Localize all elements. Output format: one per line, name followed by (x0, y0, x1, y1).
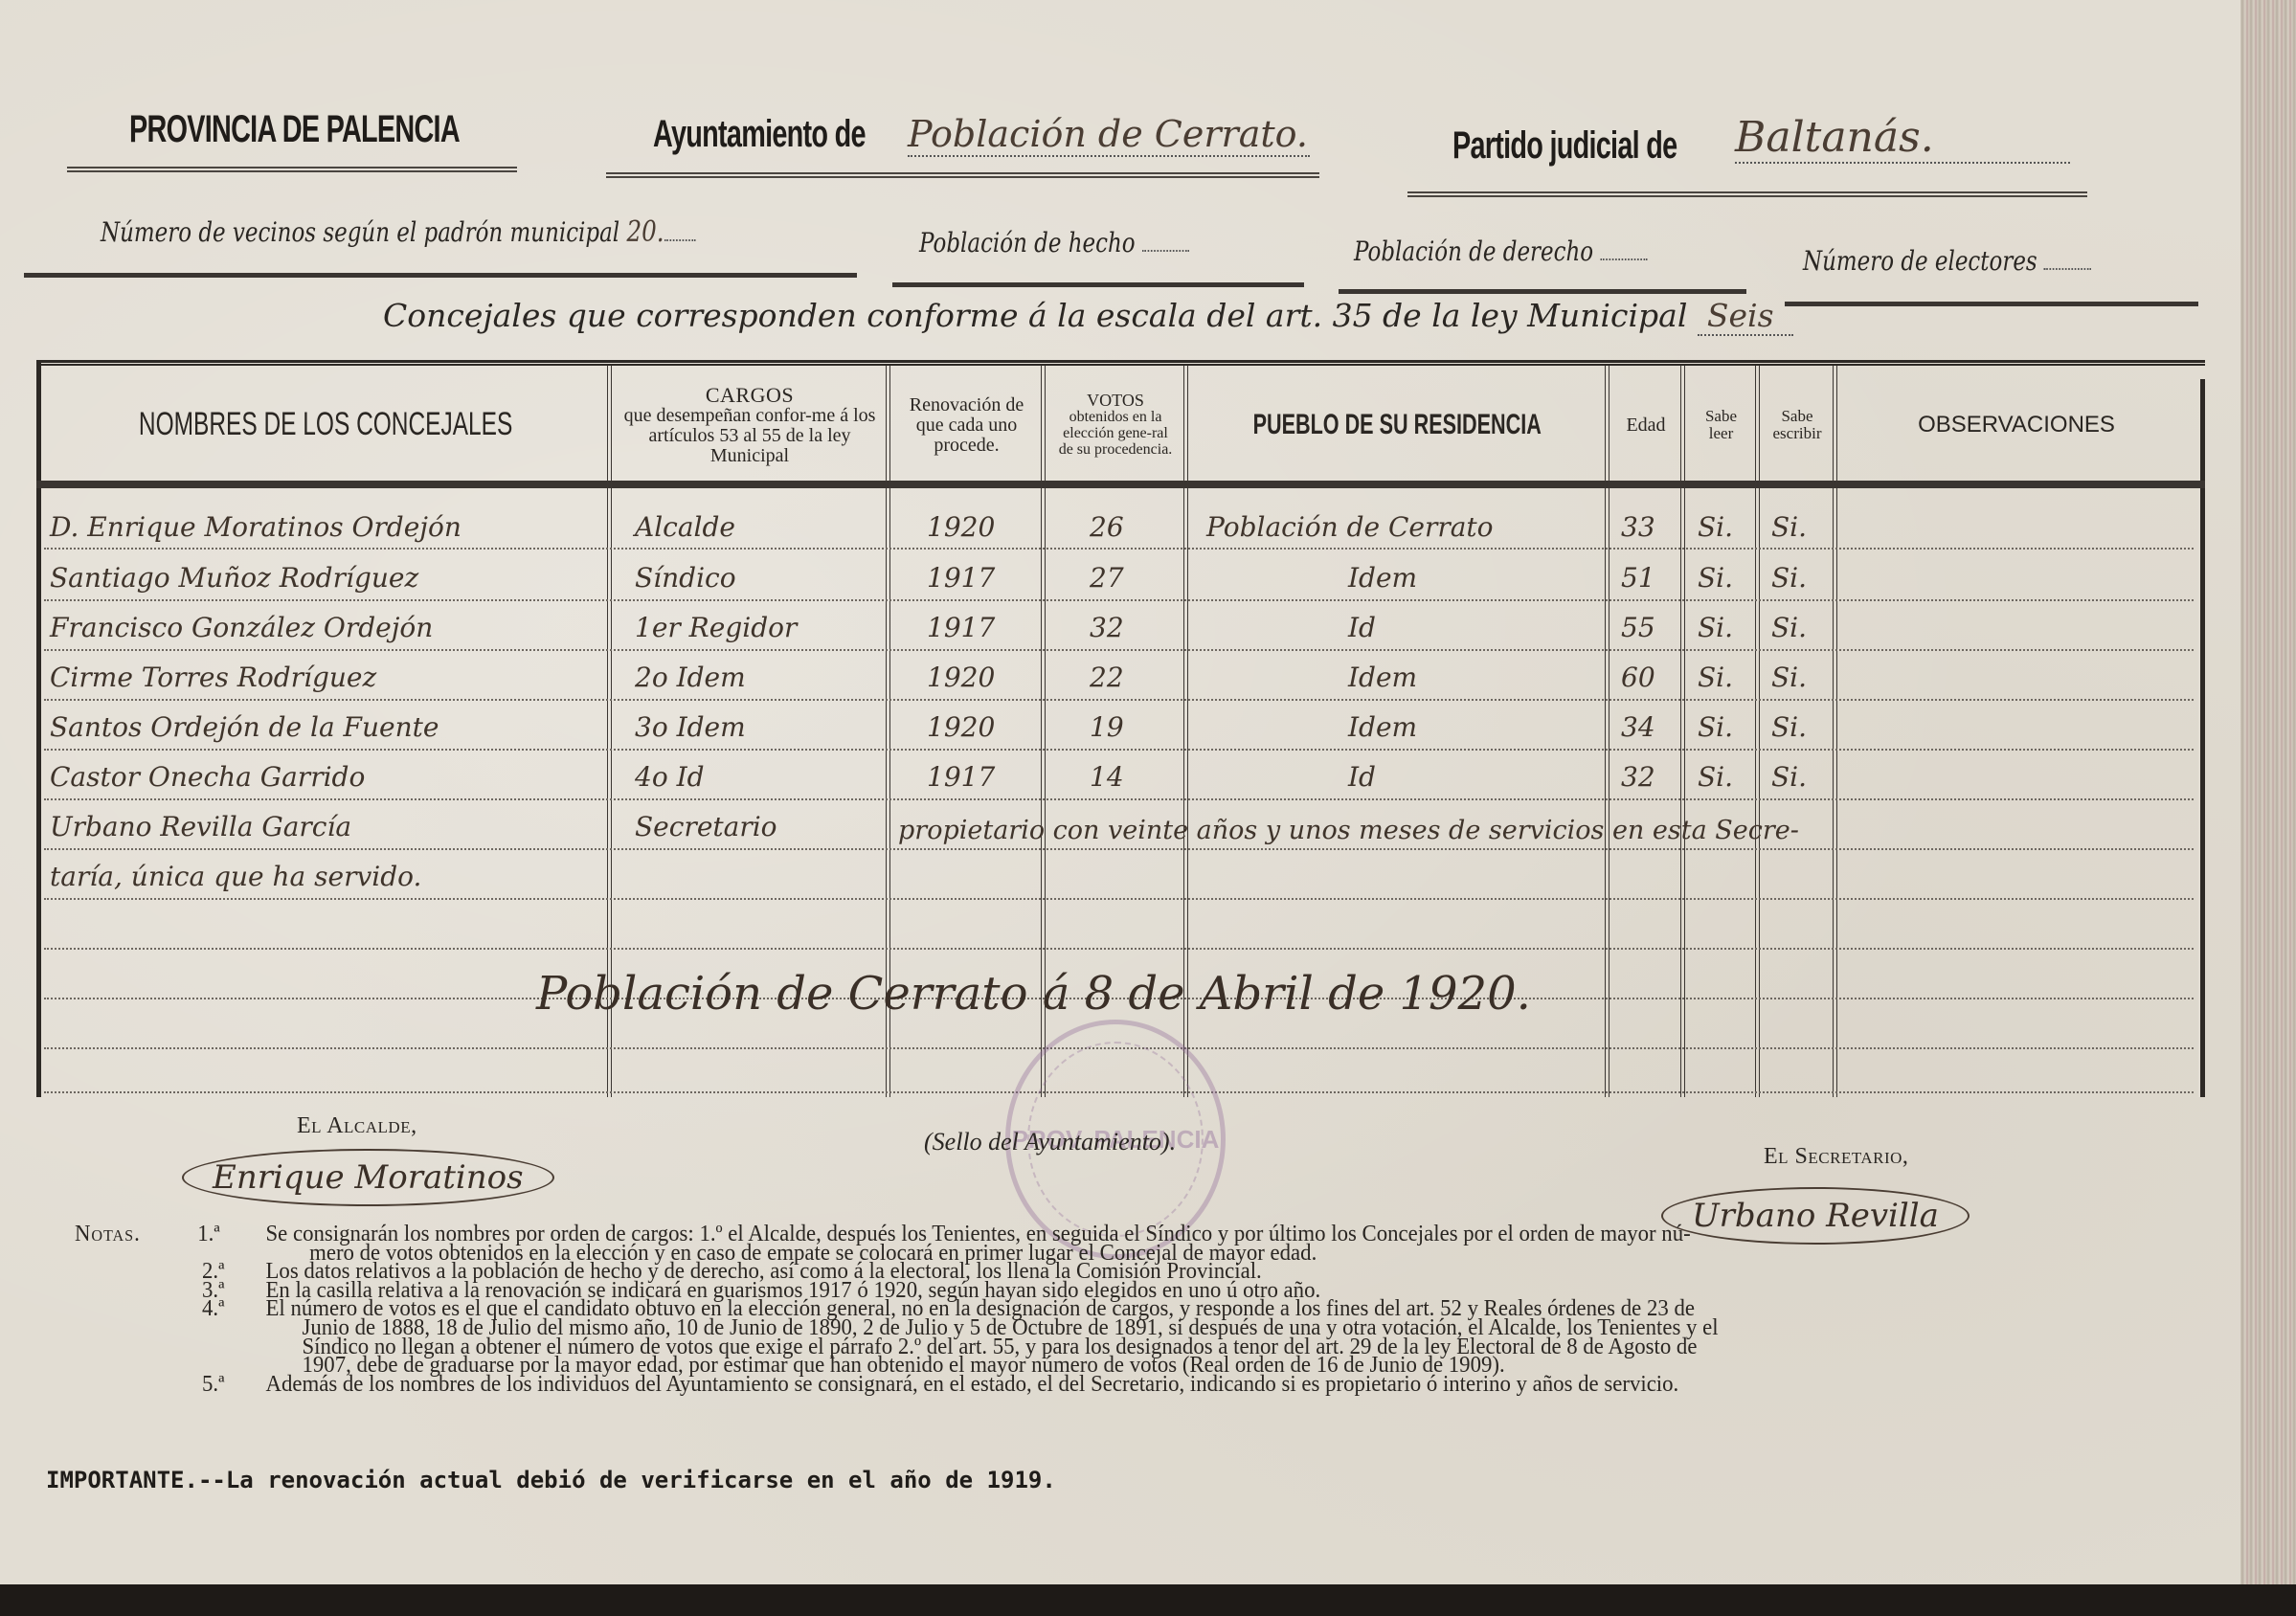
row-rule (44, 948, 2194, 950)
header-sabe-escribir: Sabe escribir (1762, 371, 1833, 479)
cell-leer: Si. (1698, 662, 1733, 693)
cell-escribir: Si. (1771, 612, 1807, 643)
cell-nombre: Francisco González Ordejón (50, 612, 433, 643)
notes-label: Notas. (75, 1225, 141, 1245)
row-rule (44, 848, 2194, 850)
table-left-border (36, 360, 41, 1097)
field-rule (1339, 289, 1746, 294)
sello-label: (Sello del Ayuntamiento). (924, 1128, 1176, 1156)
alcalde-signature: Enrique Moratinos (182, 1149, 554, 1206)
field-rule (1785, 302, 2198, 306)
cell-votos: 27 (1090, 562, 1124, 594)
header-observaciones-text: OBSERVACIONES (1918, 413, 2115, 437)
field-rule (892, 282, 1304, 287)
importante-notice: IMPORTANTE.--La renovación actual debió … (46, 1467, 1056, 1493)
header-edad: Edad (1611, 371, 1680, 479)
cell-escribir: Si. (1771, 662, 1807, 693)
note-text: Además de los nombres de los individuos … (266, 1372, 1679, 1397)
table-top-border (36, 360, 2205, 366)
row-rule (44, 699, 2194, 701)
header-votos: VOTOS obtenidos en la elección gene-ral … (1047, 371, 1183, 479)
provincia-title: PROVINCIA DE PALENCIA (129, 108, 460, 151)
header-votos-title: VOTOS (1087, 392, 1144, 410)
cell-votos: 19 (1090, 711, 1124, 743)
ayuntamiento-label: Ayuntamiento de (653, 113, 866, 156)
book-page-edges (2240, 0, 2296, 1616)
cell-escribir: Si. (1771, 511, 1807, 543)
electores-field: Número de electores (1803, 245, 2091, 277)
concejales-line: Concejales que corresponden conforme á l… (383, 297, 1793, 334)
cell-edad: 32 (1621, 761, 1655, 793)
header-pueblo: PUEBLO DE SU RESIDENCIA (1190, 371, 1605, 479)
column-divider (1605, 366, 1609, 1097)
field-rule (24, 273, 857, 278)
row-rule (44, 599, 2194, 601)
vecinos-value: 20. (626, 215, 664, 249)
note-number: 4.ª (202, 1300, 224, 1319)
cell-leer: Si. (1698, 711, 1733, 743)
cell-nombre: Cirme Torres Rodríguez (50, 662, 376, 693)
cell-edad: 34 (1621, 711, 1655, 743)
header-nombres-text: NOMBRES DE LOS CONCEJALES (139, 408, 512, 442)
poblacion-derecho-field: Población de derecho (1354, 236, 1648, 267)
cell-renovacion: 1917 (927, 612, 995, 643)
cell-cargo: 3o Idem (635, 711, 746, 743)
alcalde-title: El Alcalde, (297, 1113, 417, 1139)
cell-renovacion: 1917 (927, 562, 995, 594)
note-item: 5.ª Además de los nombres de los individ… (75, 1376, 2076, 1395)
concejales-label: Concejales que corresponden conforme á l… (383, 297, 1687, 334)
cell-renovacion: 1920 (927, 511, 995, 543)
row-rule (44, 548, 2194, 550)
poblacion-hecho-label: Población de hecho (919, 227, 1136, 258)
header-cargos: CARGOS que desempeñan confor-me á los ar… (614, 371, 886, 479)
header-rule (1407, 191, 2087, 197)
cell-nombre: Santiago Muñoz Rodríguez (50, 562, 418, 594)
cell-leer: Si. (1698, 761, 1733, 793)
cell-nombre: D. Enrique Moratinos Ordejón (50, 511, 461, 543)
cell-escribir: Si. (1771, 761, 1807, 793)
header-pueblo-text: PUEBLO DE SU RESIDENCIA (1253, 410, 1542, 440)
cell-pueblo: Población de Cerrato (1206, 511, 1494, 543)
row-rule (44, 898, 2194, 900)
concejales-value: Seis (1698, 297, 1793, 336)
cell-votos: 26 (1090, 511, 1124, 543)
cell-pueblo: Id (1348, 761, 1376, 793)
notes-section: Notas. 1.ª Se consignarán los nombres po… (75, 1225, 2181, 1394)
partido-label: Partido judicial de (1452, 124, 1677, 168)
cell-votos: 22 (1090, 662, 1124, 693)
header-rule (606, 172, 1319, 178)
cell-pueblo: Idem (1348, 662, 1417, 693)
cell-cargo: Síndico (635, 562, 736, 594)
cell-cargo: 4o Id (635, 761, 705, 793)
header-sabe-escribir-text: Sabe escribir (1768, 408, 1826, 442)
column-divider (1833, 366, 1837, 1097)
cell-renovacion: 1917 (927, 761, 995, 793)
header-votos-sub: obtenidos en la elección gene-ral de su … (1056, 410, 1176, 458)
secretario-note-continuation: taría, única que ha servido. (50, 861, 421, 892)
cell-escribir: Si. (1771, 711, 1807, 743)
table-header-border (36, 481, 2205, 488)
header-cargos-title: CARGOS (706, 384, 794, 406)
cell-nombre: Santos Ordejón de la Fuente (50, 711, 439, 743)
cell-pueblo: Idem (1348, 562, 1417, 594)
cell-renovacion: 1920 (927, 711, 995, 743)
ayuntamiento-value: Población de Cerrato. (908, 113, 1310, 157)
cell-renovacion: 1920 (927, 662, 995, 693)
cell-votos: 14 (1090, 761, 1124, 793)
cell-pueblo: Id (1348, 612, 1376, 643)
header-renovacion: Renovación de que cada uno procede. (892, 371, 1041, 479)
cell-leer: Si. (1698, 612, 1733, 643)
note-number: 1.ª (197, 1225, 219, 1245)
book-shadow (0, 1584, 2296, 1616)
date-line: Población de Cerrato á 8 de Abril de 192… (536, 967, 1531, 1021)
cell-edad: 33 (1621, 511, 1655, 543)
row-rule (44, 649, 2194, 651)
cell-leer: Si. (1698, 562, 1733, 594)
vecinos-label: Número de vecinos según el padrón munici… (101, 216, 619, 248)
cell-edad: 55 (1621, 612, 1655, 643)
cell-secretario-note: propietario con veinte años y unos meses… (898, 816, 1799, 845)
cell-cargo: Secretario (635, 811, 777, 842)
cell-cargo: 2o Idem (635, 662, 746, 693)
cell-votos: 32 (1090, 612, 1124, 643)
cell-edad: 51 (1621, 562, 1655, 594)
poblacion-hecho-field: Población de hecho (919, 227, 1189, 258)
document-page: PROVINCIA DE PALENCIA Ayuntamiento de Po… (0, 0, 2240, 1589)
poblacion-derecho-label: Población de derecho (1354, 236, 1593, 267)
note-number: 5.ª (202, 1376, 224, 1395)
header-renovacion-text: Renovación de que cada uno procede. (900, 395, 1034, 456)
cell-pueblo: Idem (1348, 711, 1417, 743)
vecinos-field: Número de vecinos según el padrón munici… (101, 215, 695, 249)
cell-leer: Si. (1698, 511, 1733, 543)
cell-cargo: 1er Regidor (635, 612, 797, 643)
column-divider (1680, 366, 1685, 1097)
header-cargos-sub: que desempeñan confor-me á los artículos… (620, 406, 879, 466)
electores-label: Número de electores (1803, 245, 2037, 277)
cell-cargo: Alcalde (635, 511, 735, 543)
header-sabe-leer: Sabe leer (1687, 371, 1755, 479)
header-sabe-leer-text: Sabe leer (1698, 408, 1745, 442)
cell-escribir: Si. (1771, 562, 1807, 594)
header-nombres: NOMBRES DE LOS CONCEJALES (44, 371, 607, 479)
partido-value: Baltanás. (1735, 113, 2070, 164)
cell-edad: 60 (1621, 662, 1655, 693)
header-observaciones: OBSERVACIONES (1839, 371, 2194, 479)
header-rule (67, 167, 517, 172)
cell-nombre: Castor Onecha Garrido (50, 761, 365, 793)
header-edad-text: Edad (1626, 415, 1665, 436)
secretario-title: El Secretario, (1764, 1144, 1908, 1170)
row-rule (44, 798, 2194, 800)
cell-nombre: Urbano Revilla García (50, 811, 351, 842)
column-divider (1755, 366, 1760, 1097)
row-rule (44, 749, 2194, 751)
